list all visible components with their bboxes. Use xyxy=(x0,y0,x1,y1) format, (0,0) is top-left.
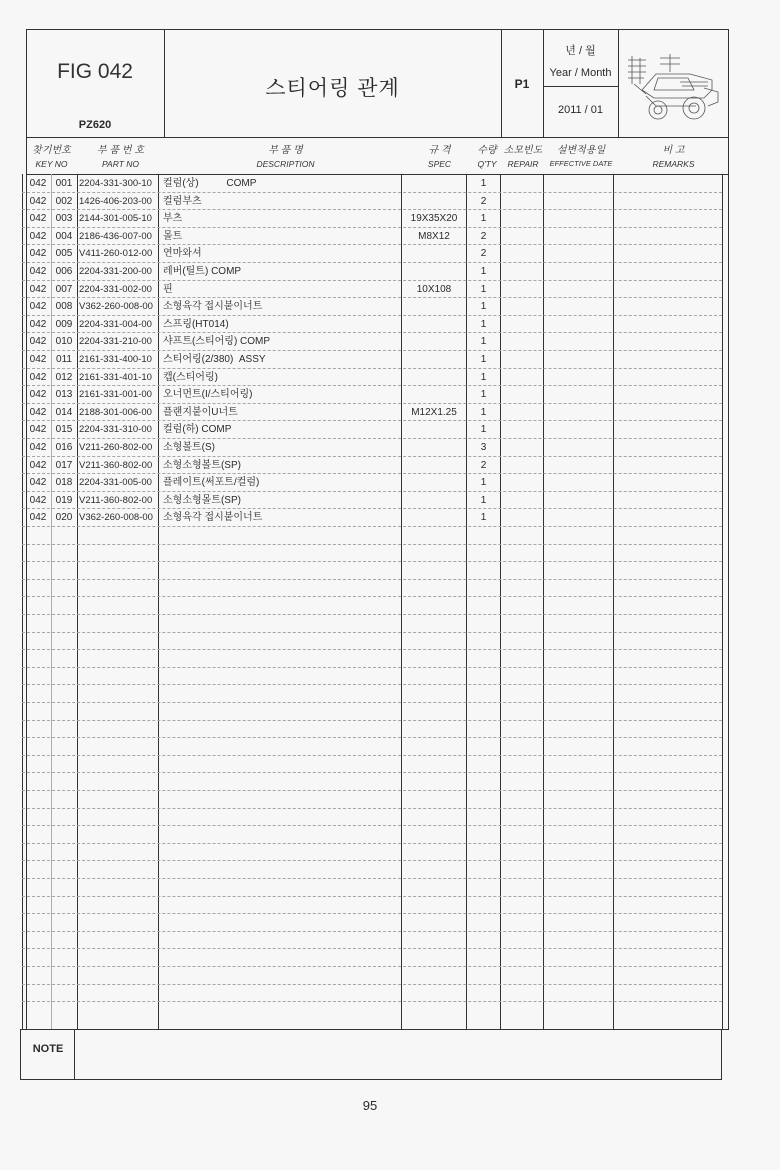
cell-qty: 1 xyxy=(467,351,500,369)
cell-part: 1426-406-203-00 xyxy=(79,193,159,211)
cell-fig: 042 xyxy=(26,316,50,334)
cell-key: 004 xyxy=(52,228,76,246)
row-divider xyxy=(22,720,722,721)
cell-desc: 소형소형볼트(SP) xyxy=(163,457,399,475)
column-divider xyxy=(77,174,78,1029)
cell-part: 2161-331-001-00 xyxy=(79,386,159,404)
cell-desc: 연마와셔 xyxy=(163,245,399,263)
cell-spec: 19X35X20 xyxy=(402,210,466,228)
cell-part: 2204-331-310-00 xyxy=(79,421,159,439)
cell-part: 2161-331-401-10 xyxy=(79,369,159,387)
cell-qty: 2 xyxy=(467,228,500,246)
cell-part: 2204-331-300-10 xyxy=(79,175,159,193)
row-divider xyxy=(22,790,722,791)
cell-key: 019 xyxy=(52,492,76,510)
cell-desc: 소형육각 접시붙이너트 xyxy=(163,298,399,316)
cell-part: 2204-331-002-00 xyxy=(79,281,159,299)
cell-key: 008 xyxy=(52,298,76,316)
col-header-desc-ko: 부 품 명 xyxy=(164,141,407,156)
row-divider xyxy=(22,966,722,967)
col-header-part-ko: 부 품 번 호 xyxy=(77,141,164,156)
cell-key: 017 xyxy=(52,457,76,475)
cell-spec: M8X12 xyxy=(402,228,466,246)
row-divider xyxy=(22,596,722,597)
row-divider xyxy=(22,544,722,545)
cell-desc: 핀 xyxy=(163,281,399,299)
col-header-qty-ko: 수량 xyxy=(472,141,502,156)
cell-part: 2186-436-007-00 xyxy=(79,228,159,246)
cell-part: V211-360-802-00 xyxy=(79,492,159,510)
row-divider xyxy=(22,984,722,985)
row-divider xyxy=(22,579,722,580)
cell-desc: 레버(틸트) COMP xyxy=(163,263,399,281)
column-divider xyxy=(401,174,402,1029)
year-month-label-en: Year / Month xyxy=(543,67,618,79)
row-divider xyxy=(22,948,722,949)
cell-part: V362-260-008-00 xyxy=(79,509,159,527)
cell-part: 2204-331-004-00 xyxy=(79,316,159,334)
cell-part: 2161-331-400-10 xyxy=(79,351,159,369)
row-divider xyxy=(22,632,722,633)
cell-key: 016 xyxy=(52,439,76,457)
col-header-part-en: PART NO xyxy=(77,159,164,169)
row-divider xyxy=(22,561,722,562)
cell-part: 2204-331-005-00 xyxy=(79,474,159,492)
cell-desc: 소형육각 접시붙이너트 xyxy=(163,509,399,527)
col-header-qty-en: Q'TY xyxy=(472,159,502,169)
cell-spec: M12X1.25 xyxy=(402,404,466,422)
cell-fig: 042 xyxy=(26,281,50,299)
cell-part: V211-260-802-00 xyxy=(79,439,159,457)
cell-desc: 캡(스티어링) xyxy=(163,369,399,387)
note-label: NOTE xyxy=(22,1043,74,1055)
column-divider xyxy=(22,174,23,1029)
cell-desc: 오너먼트(I/스티어링) xyxy=(163,386,399,404)
figure-number: FIG 042 xyxy=(26,60,164,84)
cell-fig: 042 xyxy=(26,245,50,263)
cell-fig: 042 xyxy=(26,210,50,228)
cell-qty: 1 xyxy=(467,509,500,527)
cell-fig: 042 xyxy=(26,175,50,193)
cell-qty: 1 xyxy=(467,263,500,281)
cell-qty: 1 xyxy=(467,175,500,193)
row-divider xyxy=(22,667,722,668)
cell-fig: 042 xyxy=(26,193,50,211)
cell-key: 018 xyxy=(52,474,76,492)
cell-fig: 042 xyxy=(26,298,50,316)
cell-qty: 1 xyxy=(467,386,500,404)
note-box xyxy=(20,1029,722,1080)
cell-fig: 042 xyxy=(26,386,50,404)
cell-fig: 042 xyxy=(26,263,50,281)
cell-key: 020 xyxy=(52,509,76,527)
cell-part: 2204-331-210-00 xyxy=(79,333,159,351)
cell-desc: 컬럼(상) COMP xyxy=(163,175,399,193)
model-code: PZ620 xyxy=(26,119,164,131)
divider xyxy=(26,137,729,138)
col-header-remarks-ko: 비 고 xyxy=(618,141,729,156)
col-header-spec-en: SPEC xyxy=(407,159,472,169)
cell-desc: 플랜지붙이U너트 xyxy=(163,404,399,422)
cell-qty: 1 xyxy=(467,421,500,439)
col-header-desc-en: DESCRIPTION xyxy=(164,159,407,169)
cell-part: V211-360-802-00 xyxy=(79,457,159,475)
cell-qty: 1 xyxy=(467,210,500,228)
cell-part: 2204-331-200-00 xyxy=(79,263,159,281)
page-title: 스티어링 관계 xyxy=(164,72,501,102)
cell-qty: 1 xyxy=(467,404,500,422)
cell-key: 012 xyxy=(52,369,76,387)
cell-qty: 1 xyxy=(467,492,500,510)
cell-qty: 1 xyxy=(467,369,500,387)
col-header-repair-ko: 소모빈도 xyxy=(502,141,544,156)
row-divider xyxy=(22,684,722,685)
page-code: P1 xyxy=(501,77,543,91)
cell-qty: 2 xyxy=(467,457,500,475)
cell-desc: 소형소형몰트(SP) xyxy=(163,492,399,510)
cell-part: 2144-301-005-10 xyxy=(79,210,159,228)
cell-fig: 042 xyxy=(26,509,50,527)
year-month-label-ko: 년 / 월 xyxy=(543,42,618,58)
cell-desc: 스티어링(2/380) ASSY xyxy=(163,351,399,369)
divider xyxy=(618,29,619,137)
row-divider xyxy=(22,931,722,932)
cell-qty: 2 xyxy=(467,245,500,263)
cell-key: 005 xyxy=(52,245,76,263)
row-divider xyxy=(22,860,722,861)
cell-desc: 부츠 xyxy=(163,210,399,228)
year-month-value: 2011 / 01 xyxy=(543,104,618,116)
cell-qty: 1 xyxy=(467,298,500,316)
row-divider xyxy=(22,702,722,703)
cell-fig: 042 xyxy=(26,351,50,369)
cell-desc: 컬럼(하) COMP xyxy=(163,421,399,439)
cell-fig: 042 xyxy=(26,333,50,351)
cell-key: 003 xyxy=(52,210,76,228)
col-header-key-en: KEY NO xyxy=(26,159,77,169)
row-divider xyxy=(22,772,722,773)
col-header-key-ko: 찾기번호 xyxy=(26,141,77,156)
rice-transplanter-illustration xyxy=(620,38,726,130)
divider xyxy=(74,1029,75,1080)
cell-key: 007 xyxy=(52,281,76,299)
cell-fig: 042 xyxy=(26,439,50,457)
page-number: 95 xyxy=(350,1098,390,1113)
cell-key: 013 xyxy=(52,386,76,404)
cell-part: V362-260-008-00 xyxy=(79,298,159,316)
column-divider xyxy=(722,174,723,1029)
row-divider xyxy=(22,737,722,738)
cell-qty: 1 xyxy=(467,281,500,299)
cell-desc: 스프링(HT014) xyxy=(163,316,399,334)
row-divider xyxy=(22,843,722,844)
cell-key: 014 xyxy=(52,404,76,422)
column-divider xyxy=(613,174,614,1029)
col-header-remarks-en: REMARKS xyxy=(618,159,729,169)
cell-desc: 소형볼트(S) xyxy=(163,439,399,457)
row-divider xyxy=(22,913,722,914)
cell-qty: 1 xyxy=(467,333,500,351)
cell-part: V411-260-012-00 xyxy=(79,245,159,263)
cell-desc: 플레이트(써포트/컬럼) xyxy=(163,474,399,492)
col-header-spec-ko: 규 격 xyxy=(407,141,472,156)
col-header-date-ko: 설변적용일 xyxy=(544,141,618,156)
cell-qty: 3 xyxy=(467,439,500,457)
cell-key: 009 xyxy=(52,316,76,334)
cell-key: 011 xyxy=(52,351,76,369)
cell-key: 002 xyxy=(52,193,76,211)
row-divider xyxy=(22,755,722,756)
cell-key: 015 xyxy=(52,421,76,439)
cell-desc: 몰트 xyxy=(163,228,399,246)
cell-fig: 042 xyxy=(26,369,50,387)
row-divider xyxy=(22,878,722,879)
cell-key: 010 xyxy=(52,333,76,351)
cell-key: 001 xyxy=(52,175,76,193)
col-header-date-en: EFFECTIVE DATE xyxy=(544,159,618,168)
row-divider xyxy=(22,649,722,650)
cell-qty: 1 xyxy=(467,474,500,492)
cell-fig: 042 xyxy=(26,404,50,422)
cell-qty: 2 xyxy=(467,193,500,211)
cell-key: 006 xyxy=(52,263,76,281)
row-divider xyxy=(22,896,722,897)
col-header-repair-en: REPAIR xyxy=(502,159,544,169)
column-divider xyxy=(543,174,544,1029)
column-divider xyxy=(500,174,501,1029)
cell-fig: 042 xyxy=(26,421,50,439)
cell-fig: 042 xyxy=(26,228,50,246)
divider xyxy=(543,86,618,87)
row-divider xyxy=(22,808,722,809)
row-divider xyxy=(22,1001,722,1002)
cell-fig: 042 xyxy=(26,457,50,475)
cell-desc: 샤프트(스티어링) COMP xyxy=(163,333,399,351)
cell-fig: 042 xyxy=(26,474,50,492)
cell-qty: 1 xyxy=(467,316,500,334)
cell-fig: 042 xyxy=(26,492,50,510)
row-divider xyxy=(22,825,722,826)
cell-desc: 컬럼부츠 xyxy=(163,193,399,211)
row-divider xyxy=(22,614,722,615)
cell-part: 2188-301-006-00 xyxy=(79,404,159,422)
cell-spec: 10X108 xyxy=(402,281,466,299)
